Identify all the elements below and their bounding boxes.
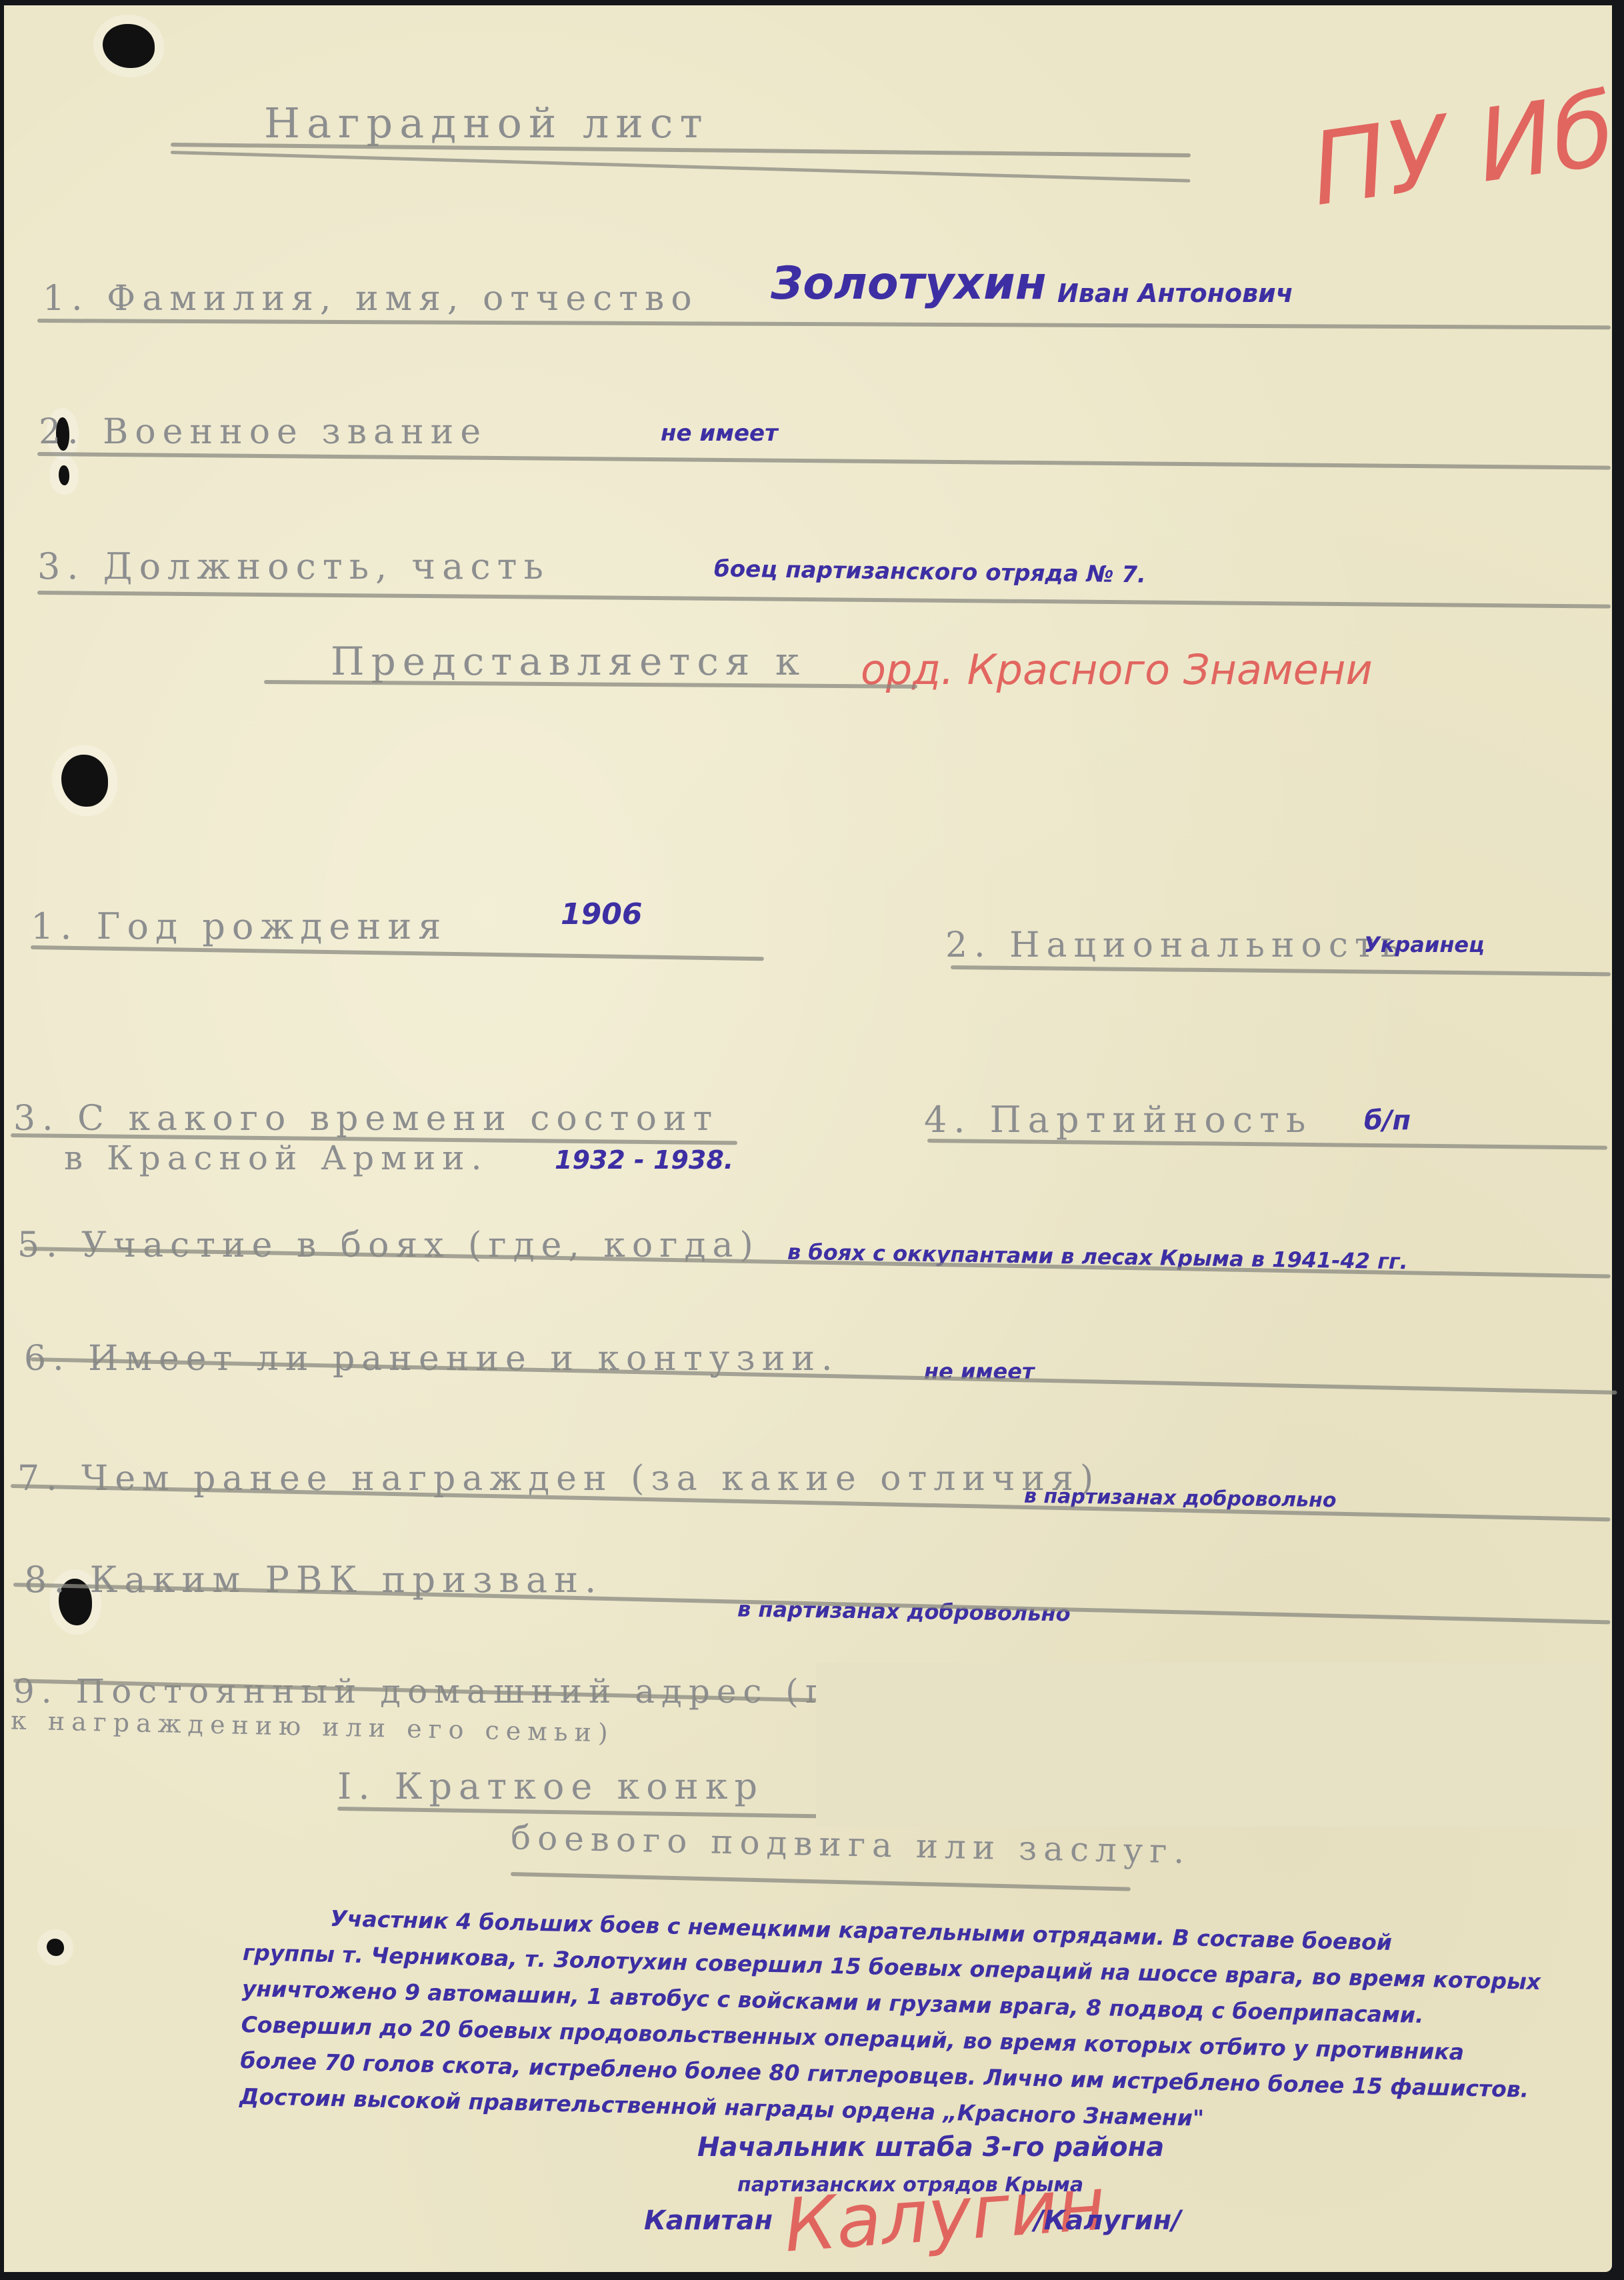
punch-hole [103,24,155,68]
punch-hole [59,465,69,485]
redacted-block [816,1663,1601,1827]
signatory-title: Начальник штаба 3-го района [697,2132,1164,2163]
field-rule [37,319,1611,329]
summary-heading: I. Краткое конкр [337,1765,764,1807]
nomination-value: орд. Красного Знамени [861,645,1373,694]
field-label-rank: 2. Военное звание [39,412,487,452]
field-rule [37,452,1611,470]
field-value-rank: не имеет [661,420,778,447]
label-party: 4. Партийность [924,1099,1312,1141]
value-nationality: Украинец [1364,932,1485,957]
award-sheet-paper: Наградной лист ПУ Иб 1. Фамилия, имя, от… [4,5,1612,2272]
signatory-name: /Калугин/ [1034,2205,1181,2236]
punch-hole [47,1939,64,1956]
signatory-rank: Капитан [644,2205,773,2236]
value-army-service: 1932 - 1938. [555,1145,733,1175]
registry-mark: ПУ Иб [1304,71,1621,229]
label-nationality: 2. Национальность [945,925,1406,965]
punch-hole [61,755,108,807]
field-value-given: Иван Антонович [1057,279,1293,308]
document-title: Наградной лист [264,99,709,147]
field-rule [951,965,1611,976]
field-label-fio: 1. Фамилия, имя, отчество [43,279,699,319]
value-birth-year: 1906 [561,897,642,931]
nomination-label: Представляется к [331,639,806,684]
feat-narrative: Участник 4 больших боев с немецкими кара… [239,1899,1564,2145]
label-home-address-line2: к награждению или его семьи) [11,1706,615,1748]
field-rule [31,945,764,961]
field-rule [37,591,1611,609]
value-party: б/п [1364,1105,1411,1136]
field-value-surname: Золотухин [771,257,1047,310]
field-label-position: 3. Должность, часть [37,545,550,587]
label-army-service-line2: в Красной Армии. [64,1139,489,1177]
label-birth-year: 1. Год рождения [31,905,447,947]
label-previous-awards: 7. Чем ранее награжден (за какие отличия… [17,1459,1100,1499]
label-army-service: 3. С какого времени состоит [13,1099,719,1139]
summary-heading-underline [511,1872,1131,1891]
field-value-position: боец партизанского отряда № 7. [714,555,1147,588]
